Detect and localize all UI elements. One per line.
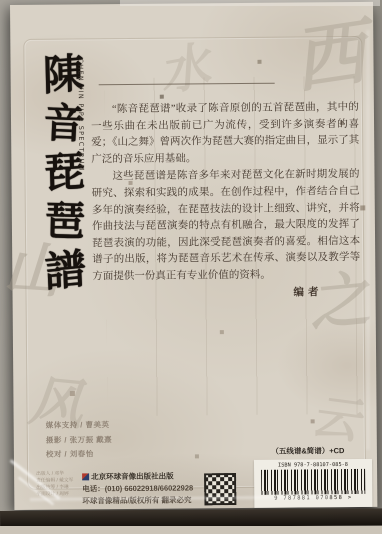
colophon-block: 出版人 / 邓华 责任编辑 / 戴文军 出版统筹 / 李琳 平面设计 / 周婷 (36, 470, 74, 498)
calligraphy-watermark: 水 (152, 26, 214, 106)
calligraphy-watermark: 西 (285, 0, 372, 107)
book-back-cover-photo: { "book": { "title_vertical": { "chars":… (0, 0, 382, 534)
qr-code (204, 473, 236, 505)
edition-note: （五线谱&简谱）+CD (242, 445, 374, 457)
isbn-barcode: ISBN 978-7-88107-085-8 9 787881 070858 > (254, 459, 372, 508)
publisher-logo-icon (82, 473, 89, 480)
blurb-paragraph-1: “陈音琵琶谱”收录了陈音原创的五首琵琶曲，其中的一些乐曲在未出版前已广为流传，受… (91, 100, 360, 169)
divider-rule (99, 83, 275, 86)
credit-line: 校对 / 刘春怡 (46, 447, 112, 462)
publisher-name: 北京环球音像出版社出版 (91, 472, 174, 482)
barcode-bars (261, 469, 365, 495)
back-cover-blurb: “陈音琵琶谱”收录了陈音原创的五首琵琶曲，其中的一些乐曲在未出版前已广为流传，受… (91, 100, 361, 303)
publisher-block: 北京环球音像出版社出版 电话：(010) 66022918/66022928 环… (82, 470, 193, 507)
table-surface (0, 526, 382, 534)
credits-block: 媒体支持 / 曹美英 摄影 / 张万振 戴熹 校对 / 刘春怡 (46, 418, 113, 462)
blurb-signature: 编者 (92, 284, 360, 303)
blurb-paragraph-2: 这些琵琶谱是陈音多年来对琵琶文化在新时期发展的研究、探索和实践的成果。在创作过程… (91, 167, 360, 285)
publisher-phone: 电话：(010) 66022918/66022928 (82, 482, 193, 495)
credit-line: 媒体支持 / 曹美英 (46, 418, 112, 433)
isbn-text: ISBN 978-7-88107-085-8 (265, 461, 362, 468)
book-cover: 西 山 之 风 水 云 陳 音 琵 琶 譜 CHEN YIN PIPA SPEC… (10, 2, 377, 510)
credit-line: 摄影 / 张万振 戴熹 (46, 433, 112, 448)
publisher-copyright-notice: 环球音像精品/版权所有 翻录必究 (82, 494, 193, 507)
colophon-line: 平面设计 / 周婷 (36, 491, 73, 498)
calligraphy-watermark: 云 (307, 377, 364, 452)
paper-speckles (10, 5, 12, 7)
barcode-digits: 9 787881 070858 > (264, 494, 363, 501)
book-title-calligraphy: 陳 音 琵 琶 譜 (10, 2, 373, 5)
publisher-name-line: 北京环球音像出版社出版 (82, 470, 193, 483)
